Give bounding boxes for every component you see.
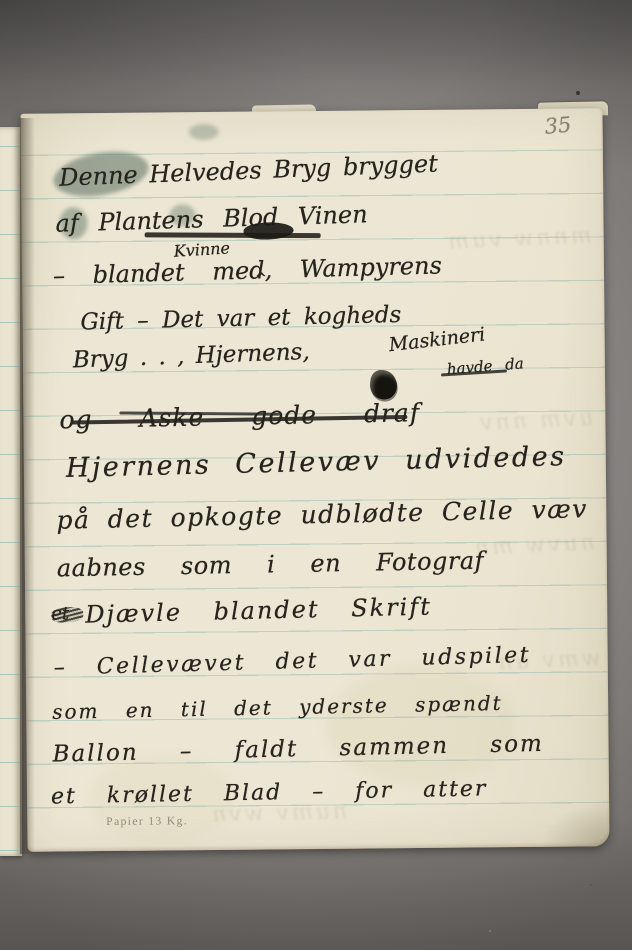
previous-page-edge (0, 127, 22, 856)
photo-backdrop: mnnw vum uvm nnv nuvw mn wmv un numv wvn… (0, 0, 632, 950)
notebook-page: mnnw vum uvm nnv nuvw mn wmv un numv wvn… (20, 108, 609, 852)
binding-gutter-shadow (20, 118, 35, 854)
handwritten-line: aabnes som i en Fotograf (57, 549, 485, 581)
dust-specks (0, 0, 2, 2)
strikethrough-mark (145, 232, 321, 238)
page-number: 35 (544, 112, 573, 138)
page-corner-shadow (539, 802, 609, 847)
ink-smudge (189, 124, 219, 140)
paper-weight-stamp: Papier 13 Kg. (106, 815, 188, 828)
